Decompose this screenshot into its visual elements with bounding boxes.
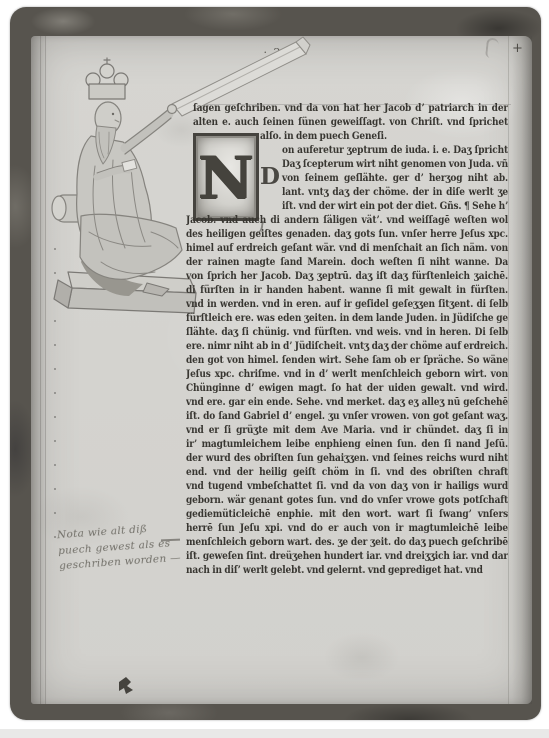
seated-prophet-figure bbox=[52, 58, 196, 313]
text-block: ſagen geſchriben. vnd da von hat her Jac… bbox=[186, 102, 508, 578]
text-line: nach in diſʼ werlt gelebt. vnd gelernt. … bbox=[186, 563, 508, 579]
photo-bottom-strip bbox=[0, 729, 549, 738]
ink-blot bbox=[119, 677, 133, 694]
parchment-page: · 20 · + bbox=[31, 36, 532, 704]
manuscript-photograph: · 20 · + bbox=[0, 0, 549, 738]
